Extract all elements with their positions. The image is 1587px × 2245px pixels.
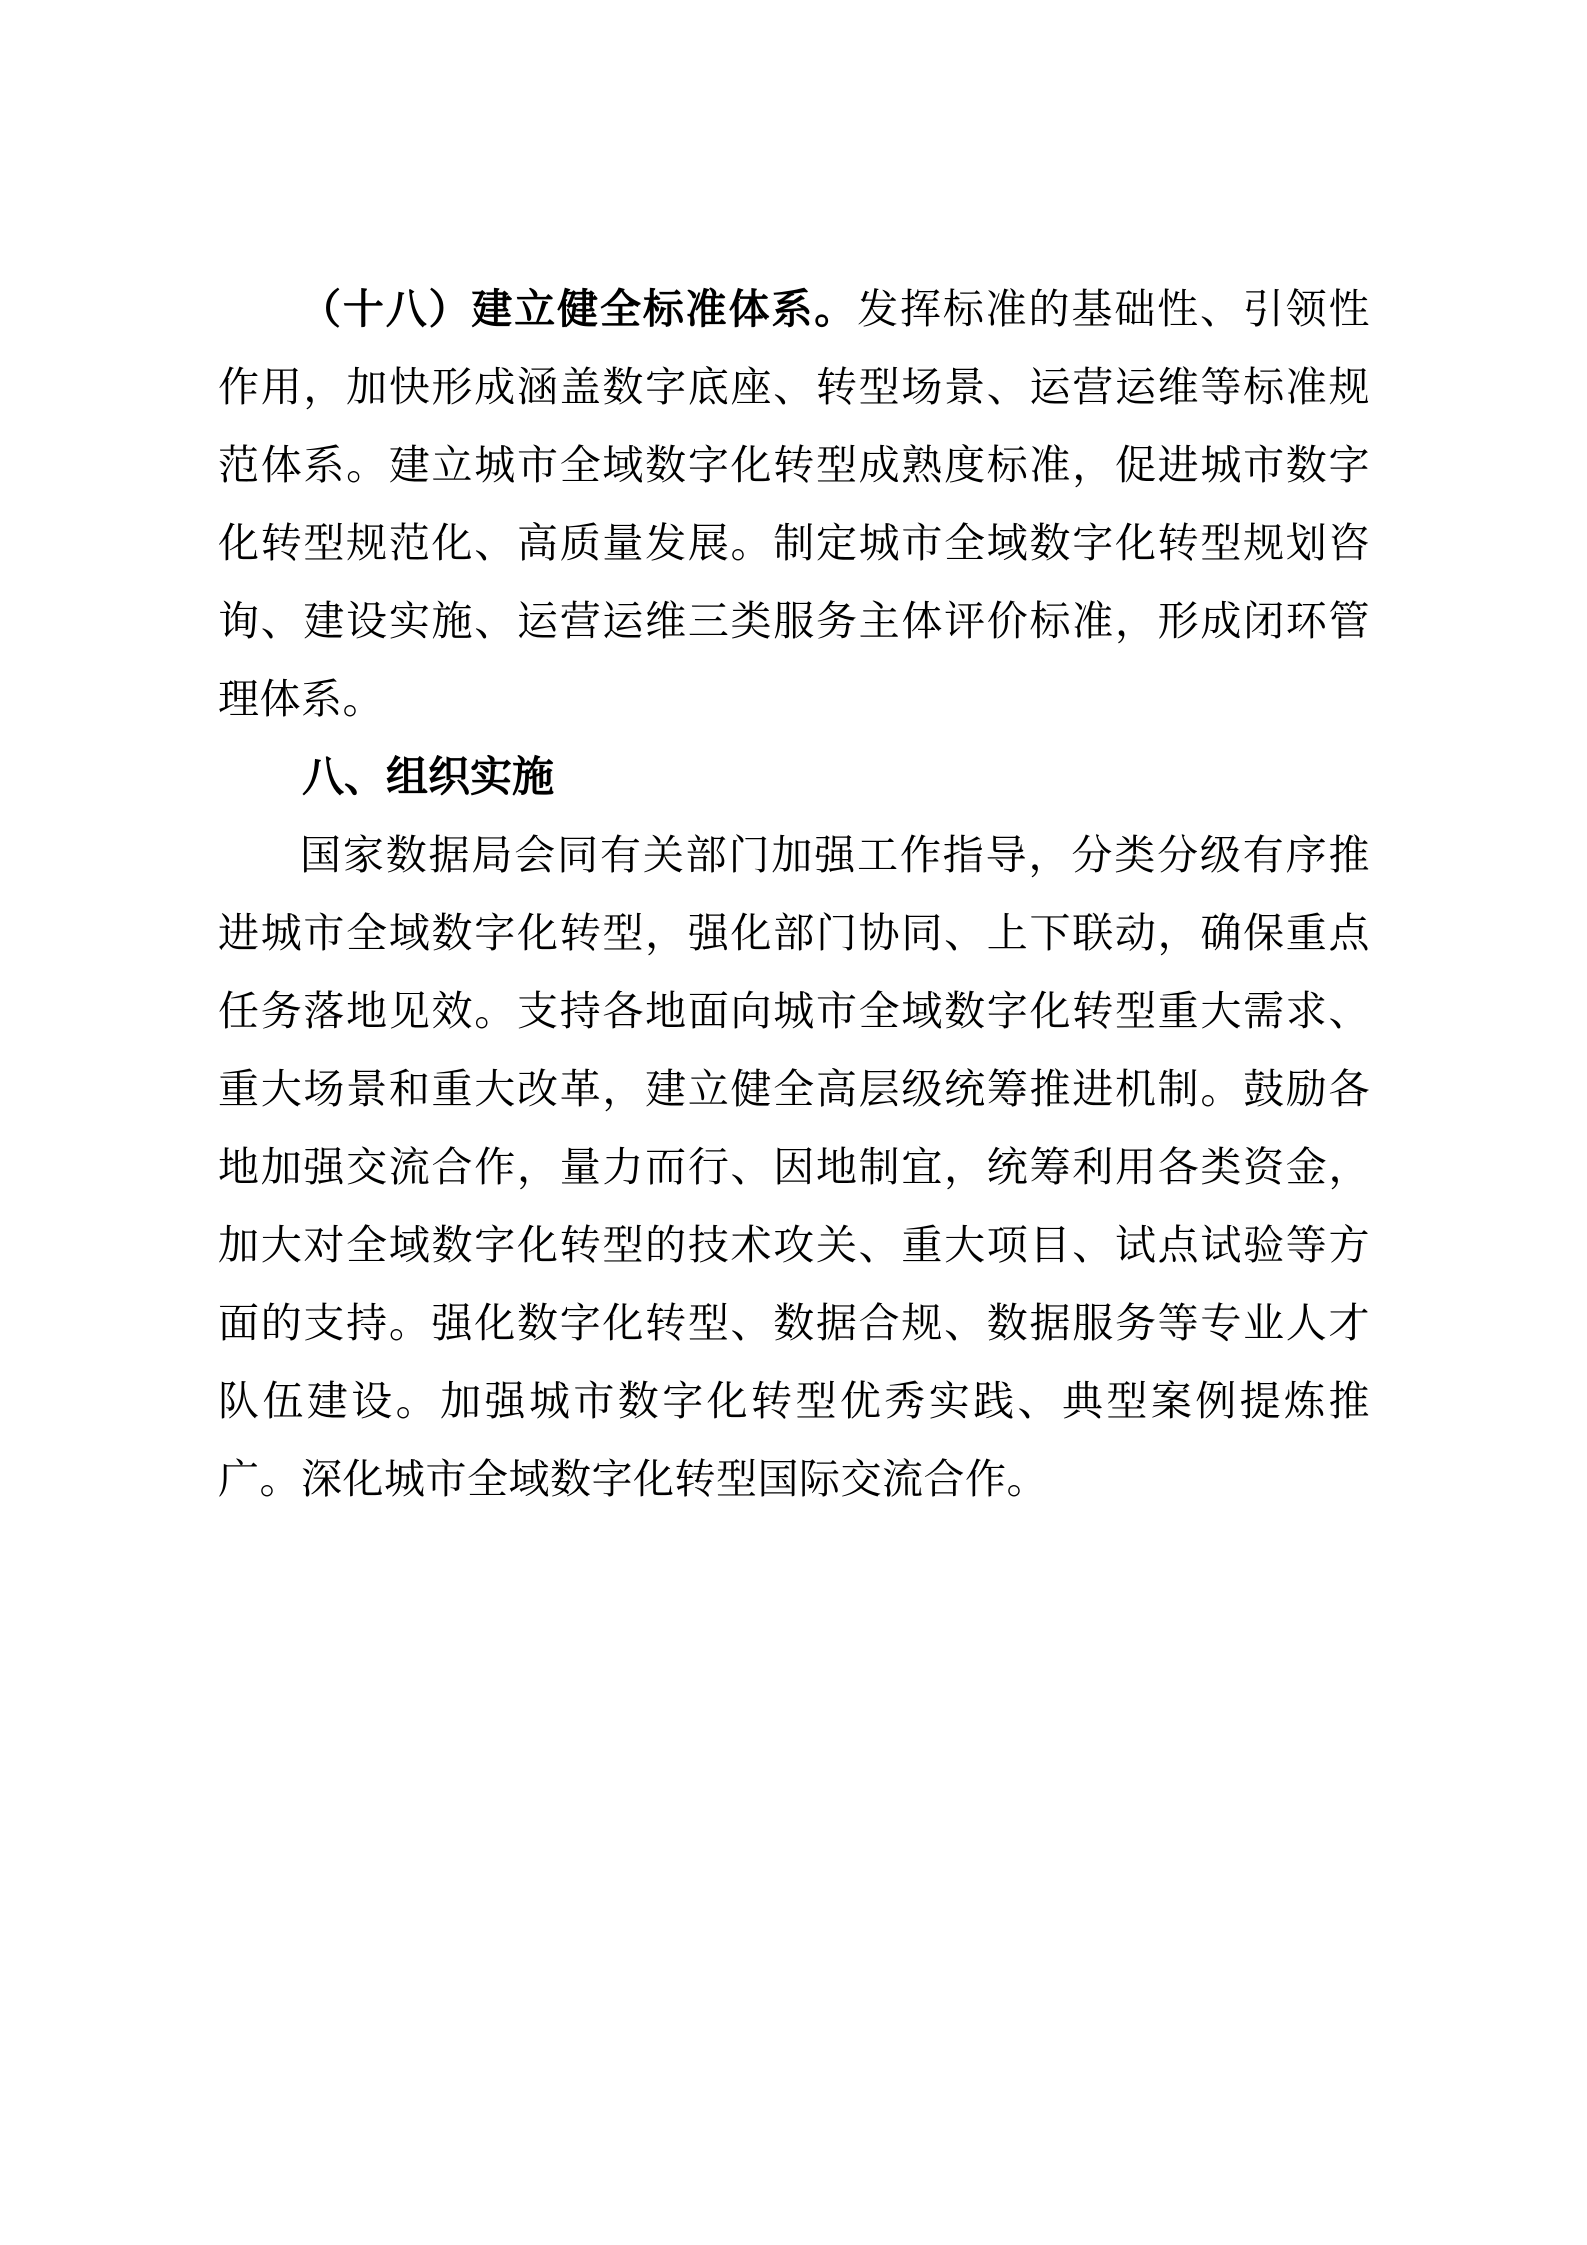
paragraph-bold-lead: （十八）建立健全标准体系。 [300,286,857,332]
paragraph-body-text: 国家数据局会同有关部门加强工作指导，分类分级有序推进城市全域数字化转型，强化部门… [218,832,1370,1502]
section-heading: 八、组织实施 [218,738,1370,816]
paragraph-implementation: 国家数据局会同有关部门加强工作指导，分类分级有序推进城市全域数字化转型，强化部门… [218,816,1370,1518]
paragraph-standards-system: （十八）建立健全标准体系。发挥标准的基础性、引领性作用，加快形成涵盖数字底座、转… [218,270,1370,738]
document-page: （十八）建立健全标准体系。发挥标准的基础性、引领性作用，加快形成涵盖数字底座、转… [0,0,1587,2245]
paragraph-body-text: 发挥标准的基础性、引领性作用，加快形成涵盖数字底座、转型场景、运营运维等标准规范… [218,286,1370,722]
document-content: （十八）建立健全标准体系。发挥标准的基础性、引领性作用，加快形成涵盖数字底座、转… [218,270,1370,1518]
